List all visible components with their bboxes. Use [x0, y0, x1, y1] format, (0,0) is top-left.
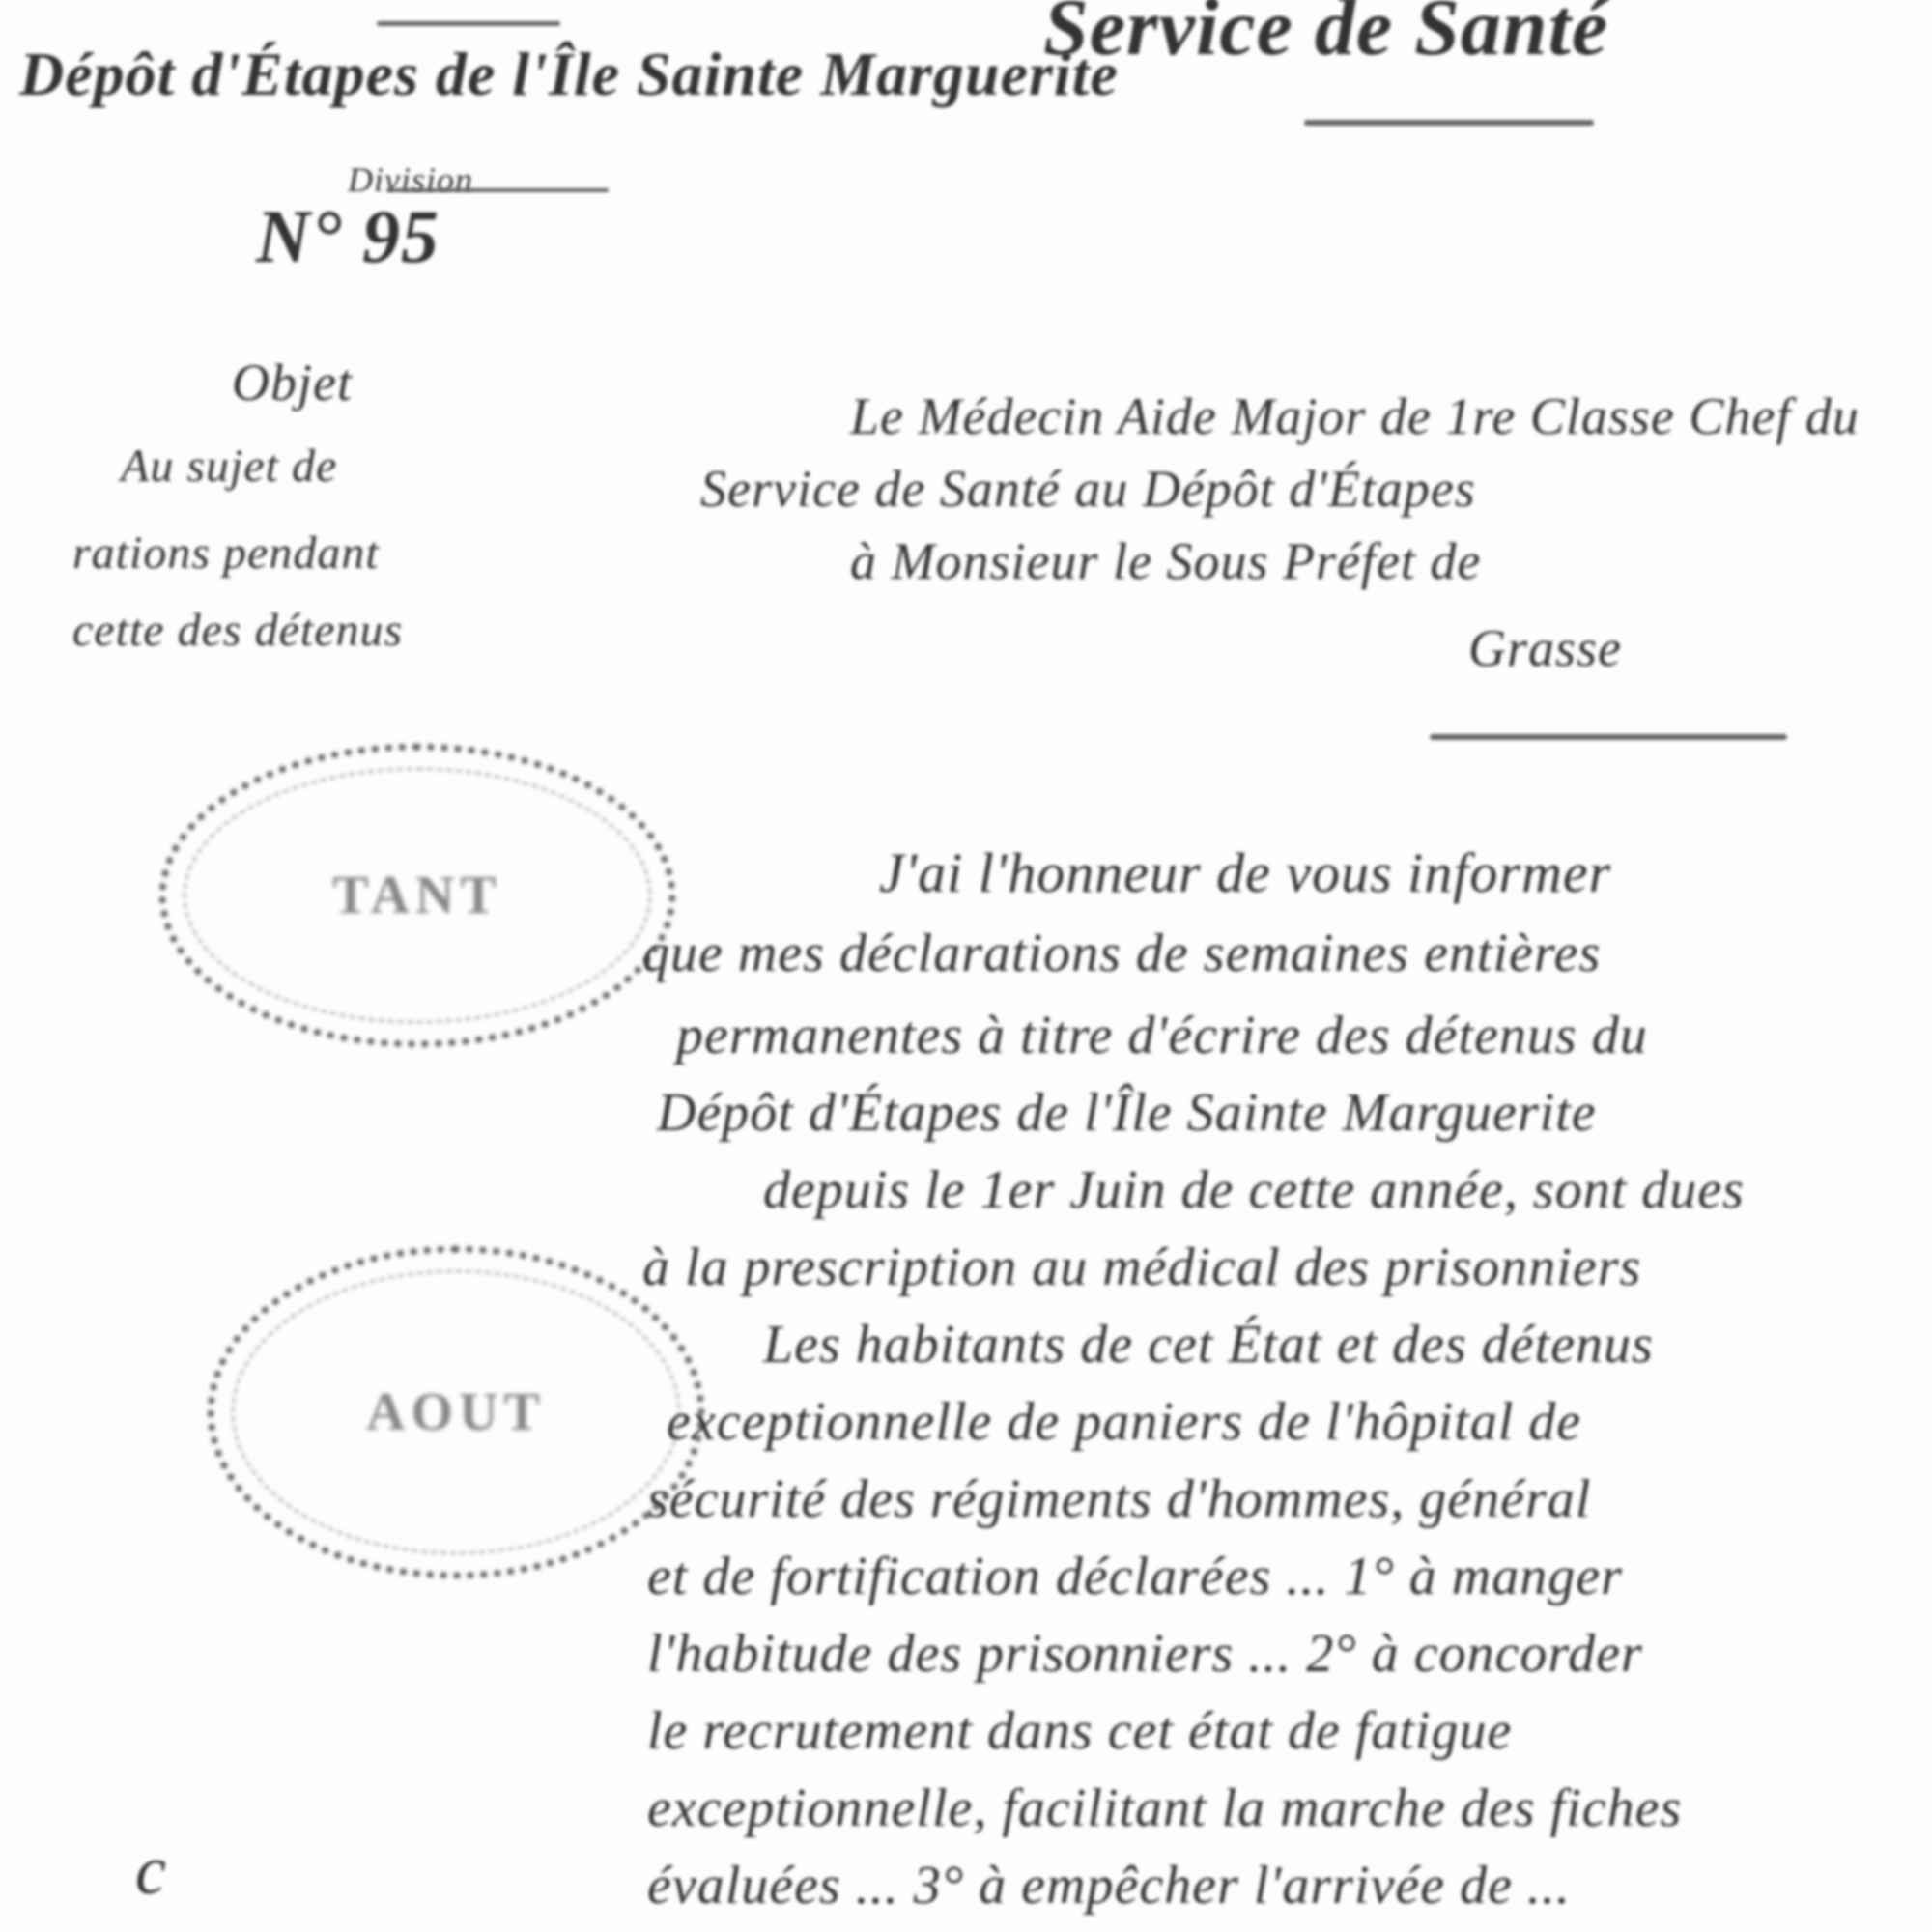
- header-right: Service de Santé: [1043, 0, 1608, 74]
- header-right-underline: [1304, 120, 1594, 126]
- body-line: depuis le 1er Juin de cette année, sont …: [763, 1159, 1745, 1221]
- letter-page: Dépôt d'Étapes de l'Île Sainte Marguerit…: [0, 0, 1932, 1932]
- margin-note-line: rations pendant: [72, 526, 380, 580]
- margin-note-line: Au sujet de: [121, 440, 337, 493]
- body-line: que mes déclarations de semaines entière…: [642, 923, 1601, 984]
- number-underline: [386, 188, 609, 192]
- address-line: Le Médecin Aide Major de 1re Classe Chef…: [850, 386, 1860, 446]
- address-line: Service de Santé au Dépôt d'Étapes: [700, 459, 1476, 519]
- body-line: Dépôt d'Étapes de l'Île Sainte Marguerit…: [657, 1082, 1597, 1144]
- letter-number: N° 95: [256, 193, 440, 280]
- body-line: l'habitude des prisonniers ... 2° à conc…: [647, 1623, 1643, 1685]
- ink-stamp: AOUT: [208, 1246, 704, 1578]
- body-line: à la prescription au médical des prisonn…: [642, 1236, 1641, 1298]
- body-line: exceptionnelle, facilitant la marche des…: [647, 1777, 1682, 1839]
- body-line: sécurité des régiments d'hommes, général: [647, 1468, 1591, 1530]
- body-line: permanentes à titre d'écrire des détenus…: [676, 1005, 1648, 1066]
- margin-note-line: cette des détenus: [72, 604, 403, 657]
- footer-mark: c: [135, 1831, 167, 1911]
- address-line: à Monsieur le Sous Préfet de: [850, 531, 1481, 591]
- address-line: Grasse: [1468, 618, 1622, 678]
- header-left: Dépôt d'Étapes de l'Île Sainte Marguerit…: [19, 39, 1119, 110]
- body-line: J'ai l'honneur de vous informer: [879, 840, 1611, 905]
- body-line: évaluées ... 3° à empêcher l'arrivée de …: [647, 1855, 1571, 1917]
- address-underline: [1430, 734, 1787, 740]
- ink-stamp: TANT: [159, 744, 675, 1047]
- header-left-underline: [377, 21, 560, 26]
- margin-note-line: Objet: [232, 353, 353, 412]
- body-line: exceptionnelle de paniers de l'hôpital d…: [667, 1391, 1581, 1453]
- body-line: et de fortification déclarées ... 1° à m…: [647, 1546, 1623, 1607]
- body-line: Les habitants de cet État et des détenus: [763, 1314, 1654, 1376]
- body-line: le recrutement dans cet état de fatigue: [647, 1700, 1512, 1762]
